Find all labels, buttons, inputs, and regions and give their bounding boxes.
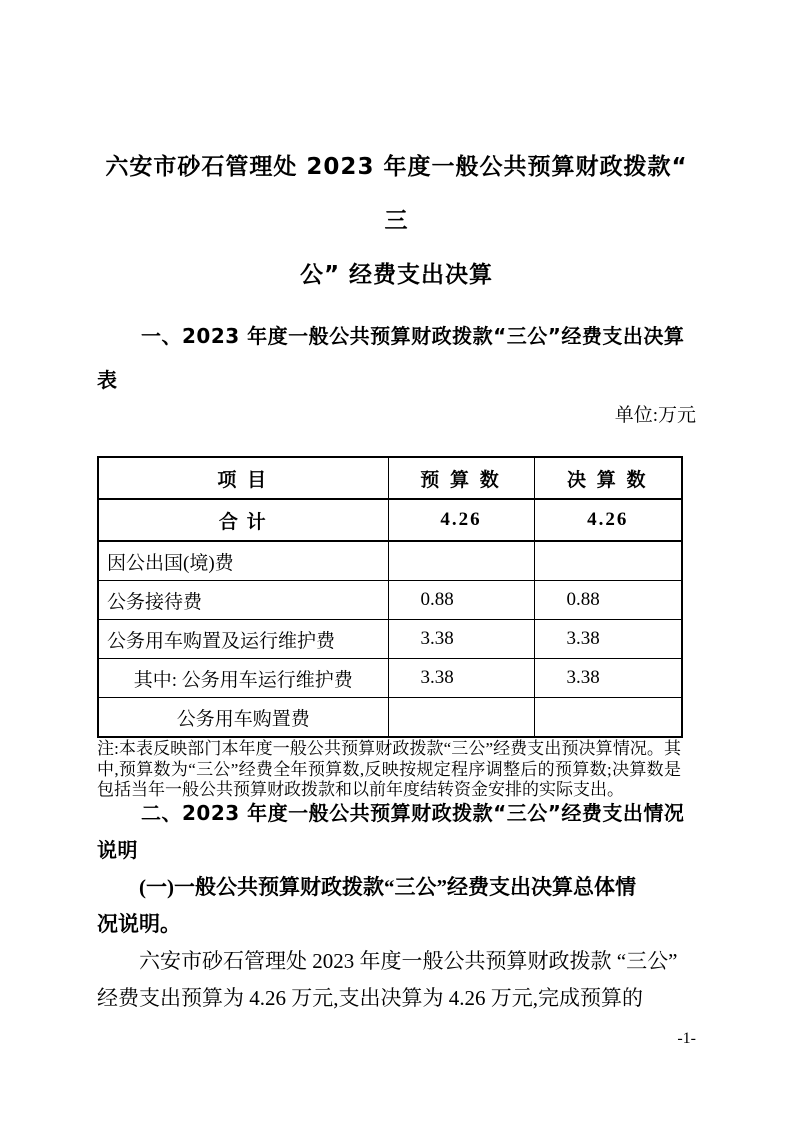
row-budget-value <box>388 541 534 581</box>
section-2-heading-line2: 说明 <box>97 838 138 862</box>
page-number: -1- <box>97 1029 696 1049</box>
table-note: 注:本表反映部门本年度一般公共预算财政拨款“三公”经费支出预决算情况。其中,预算… <box>97 739 681 801</box>
table-row-reception: 公务接待费 0.88 0.88 <box>98 581 682 620</box>
table-row-vehicle-purchase: 公务用车购置费 <box>98 698 682 738</box>
table-row-abroad: 因公出国(境)费 <box>98 541 682 581</box>
body-paragraph: 六安市砂石管理处 2023 年度一般公共预算财政拨款 “三公”经费支出预算为 4… <box>97 943 696 1017</box>
document-title-line1: 六安市砂石管理处 2023 年度一般公共预算财政拨款“ 三 <box>105 154 687 234</box>
document-title-line2: 公” 经费支出决算 <box>300 262 493 288</box>
table-row-total: 合 计 4.26 4.26 <box>98 499 682 541</box>
row-final-value <box>534 698 682 738</box>
column-header-item: 项 目 <box>98 457 388 499</box>
three-public-expense-table: 项 目 预 算 数 决 算 数 合 计 4.26 4.26 因公出国(境)费 公… <box>97 456 683 738</box>
row-item-label: 合 计 <box>98 499 388 541</box>
column-header-final: 决 算 数 <box>534 457 682 499</box>
column-header-budget: 预 算 数 <box>388 457 534 499</box>
subsection-1-heading-line2: 况说明。 <box>97 912 181 936</box>
row-budget-value: 0.88 <box>388 581 534 620</box>
section-2-heading-line1: 二、2023 年度一般公共预算财政拨款“三公”经费支出情况 <box>141 801 684 825</box>
row-budget-value: 3.38 <box>388 659 534 698</box>
row-final-value: 0.88 <box>534 581 682 620</box>
body-paragraph-line1: 六安市砂石管理处 2023 年度一般公共预算财政拨款 “三公” <box>139 949 677 973</box>
unit-label: 单位:万元 <box>97 402 696 430</box>
section-1-heading-line1: 一、2023 年度一般公共预算财政拨款“三公”经费支出决算 <box>141 324 684 348</box>
subsection-1-heading: (一)一般公共预算财政拨款“三公”经费支出决算总体情况说明。 <box>97 869 696 943</box>
row-budget-value: 3.38 <box>388 620 534 659</box>
section-1-heading: 一、2023 年度一般公共预算财政拨款“三公”经费支出决算表 <box>97 314 696 402</box>
section-2-block: 二、2023 年度一般公共预算财政拨款“三公”经费支出情况说明 (一)一般公共预… <box>97 795 696 1017</box>
document-page: 六安市砂石管理处 2023 年度一般公共预算财政拨款“ 三公” 经费支出决算 一… <box>0 0 793 1122</box>
row-item-label: 公务接待费 <box>98 581 388 620</box>
table-header-row: 项 目 预 算 数 决 算 数 <box>98 457 682 499</box>
row-final-value: 4.26 <box>534 499 682 541</box>
row-final-value: 3.38 <box>534 659 682 698</box>
row-final-value: 3.38 <box>534 620 682 659</box>
row-budget-value <box>388 698 534 738</box>
row-item-label: 公务用车购置及运行维护费 <box>98 620 388 659</box>
table-row-vehicle-operation: 其中: 公务用车运行维护费 3.38 3.38 <box>98 659 682 698</box>
row-final-value <box>534 541 682 581</box>
row-item-label: 因公出国(境)费 <box>98 541 388 581</box>
row-budget-value: 4.26 <box>388 499 534 541</box>
document-title: 六安市砂石管理处 2023 年度一般公共预算财政拨款“ 三公” 经费支出决算 <box>97 140 696 302</box>
table-row-vehicle-total: 公务用车购置及运行维护费 3.38 3.38 <box>98 620 682 659</box>
subsection-1-heading-line1: (一)一般公共预算财政拨款“三公”经费支出决算总体情 <box>139 875 636 899</box>
section-1-heading-line2: 表 <box>97 368 118 392</box>
section-2-heading: 二、2023 年度一般公共预算财政拨款“三公”经费支出情况说明 <box>97 795 696 869</box>
row-item-label: 其中: 公务用车运行维护费 <box>98 659 388 698</box>
row-item-label: 公务用车购置费 <box>98 698 388 738</box>
body-paragraph-line2: 经费支出预算为 4.26 万元,支出决算为 4.26 万元,完成预算的 <box>97 986 643 1010</box>
